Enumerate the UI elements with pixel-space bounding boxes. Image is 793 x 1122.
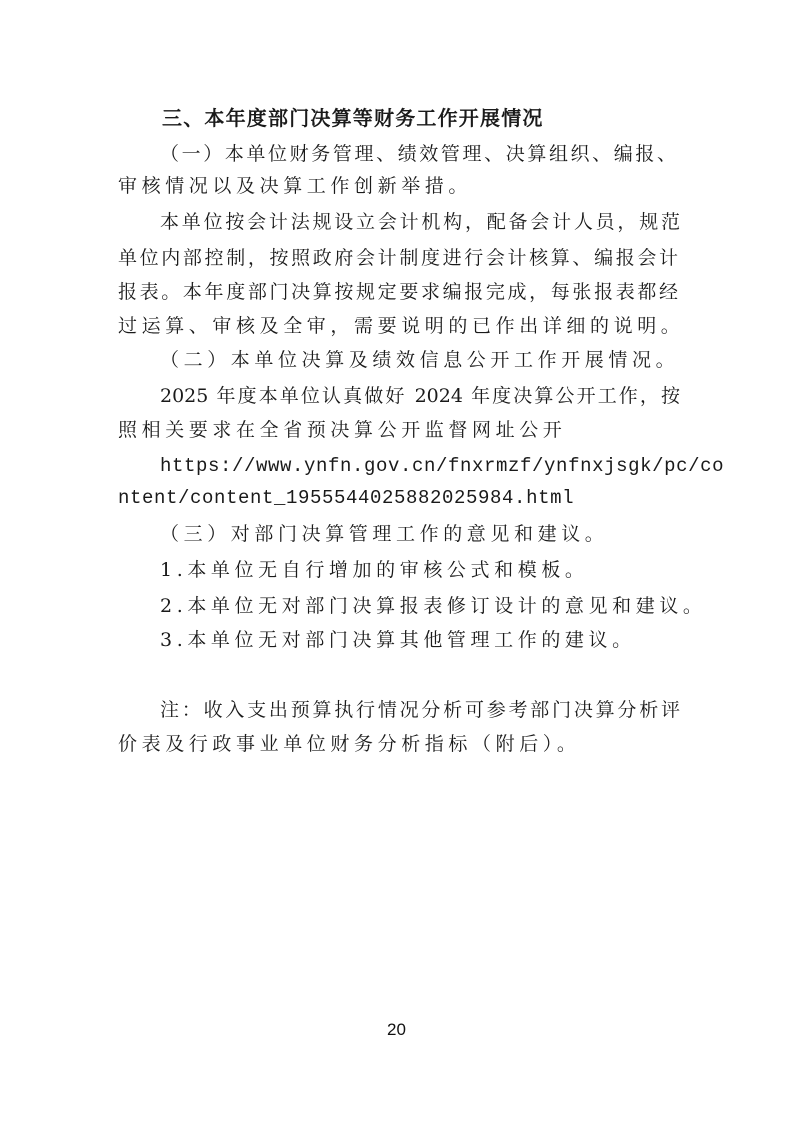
subsection-1-para-line-3: 报表。本年度部门决算按规定要求编报完成，每张报表都经: [118, 280, 678, 304]
subsection-2-heading: （二）本单位决算及绩效信息公开工作开展情况。: [160, 348, 680, 372]
disclosure-url-line-1[interactable]: https://www.ynfn.gov.cn/fnxrmzf/ynfnxjsg…: [160, 454, 680, 478]
note-line-2: 价表及行政事业单位财务分析指标（附后）。: [118, 732, 678, 756]
document-page: 三、本年度部门决算等财务工作开展情况 （一）本单位财务管理、绩效管理、决算组织、…: [0, 0, 793, 1122]
disclosure-url-line-2[interactable]: ntent/content_1955544025882025984.html: [118, 486, 678, 510]
subsection-3-item-2: 2.本单位无对部门决算报表修订设计的意见和建议。: [160, 594, 680, 618]
subsection-2-para-line-2: 照相关要求在全省预决算公开监督网址公开: [118, 418, 678, 442]
section-title: 三、本年度部门决算等财务工作开展情况: [162, 106, 722, 130]
subsection-3-item-3: 3.本单位无对部门决算其他管理工作的建议。: [160, 628, 680, 652]
subsection-1-heading-line-2: 审核情况以及决算工作创新举措。: [118, 174, 678, 198]
subsection-1-para-line-1: 本单位按会计法规设立会计机构，配备会计人员，规范: [160, 210, 680, 234]
subsection-1-para-line-4: 过运算、审核及全审，需要说明的已作出详细的说明。: [118, 314, 678, 338]
subsection-1-heading-line-1: （一）本单位财务管理、绩效管理、决算组织、编报、: [160, 142, 676, 166]
subsection-3-item-1: 1.本单位无自行增加的审核公式和模板。: [160, 558, 680, 582]
page-number: 20: [0, 1020, 793, 1040]
note-line-1: 注：收入支出预算执行情况分析可参考部门决算分析评: [160, 698, 680, 722]
subsection-1-para-line-2: 单位内部控制，按照政府会计制度进行会计核算、编报会计: [118, 246, 678, 270]
subsection-2-para-line-1: 2025 年度本单位认真做好 2024 年度决算公开工作，按: [160, 384, 680, 408]
subsection-3-heading: （三）对部门决算管理工作的意见和建议。: [160, 522, 680, 546]
